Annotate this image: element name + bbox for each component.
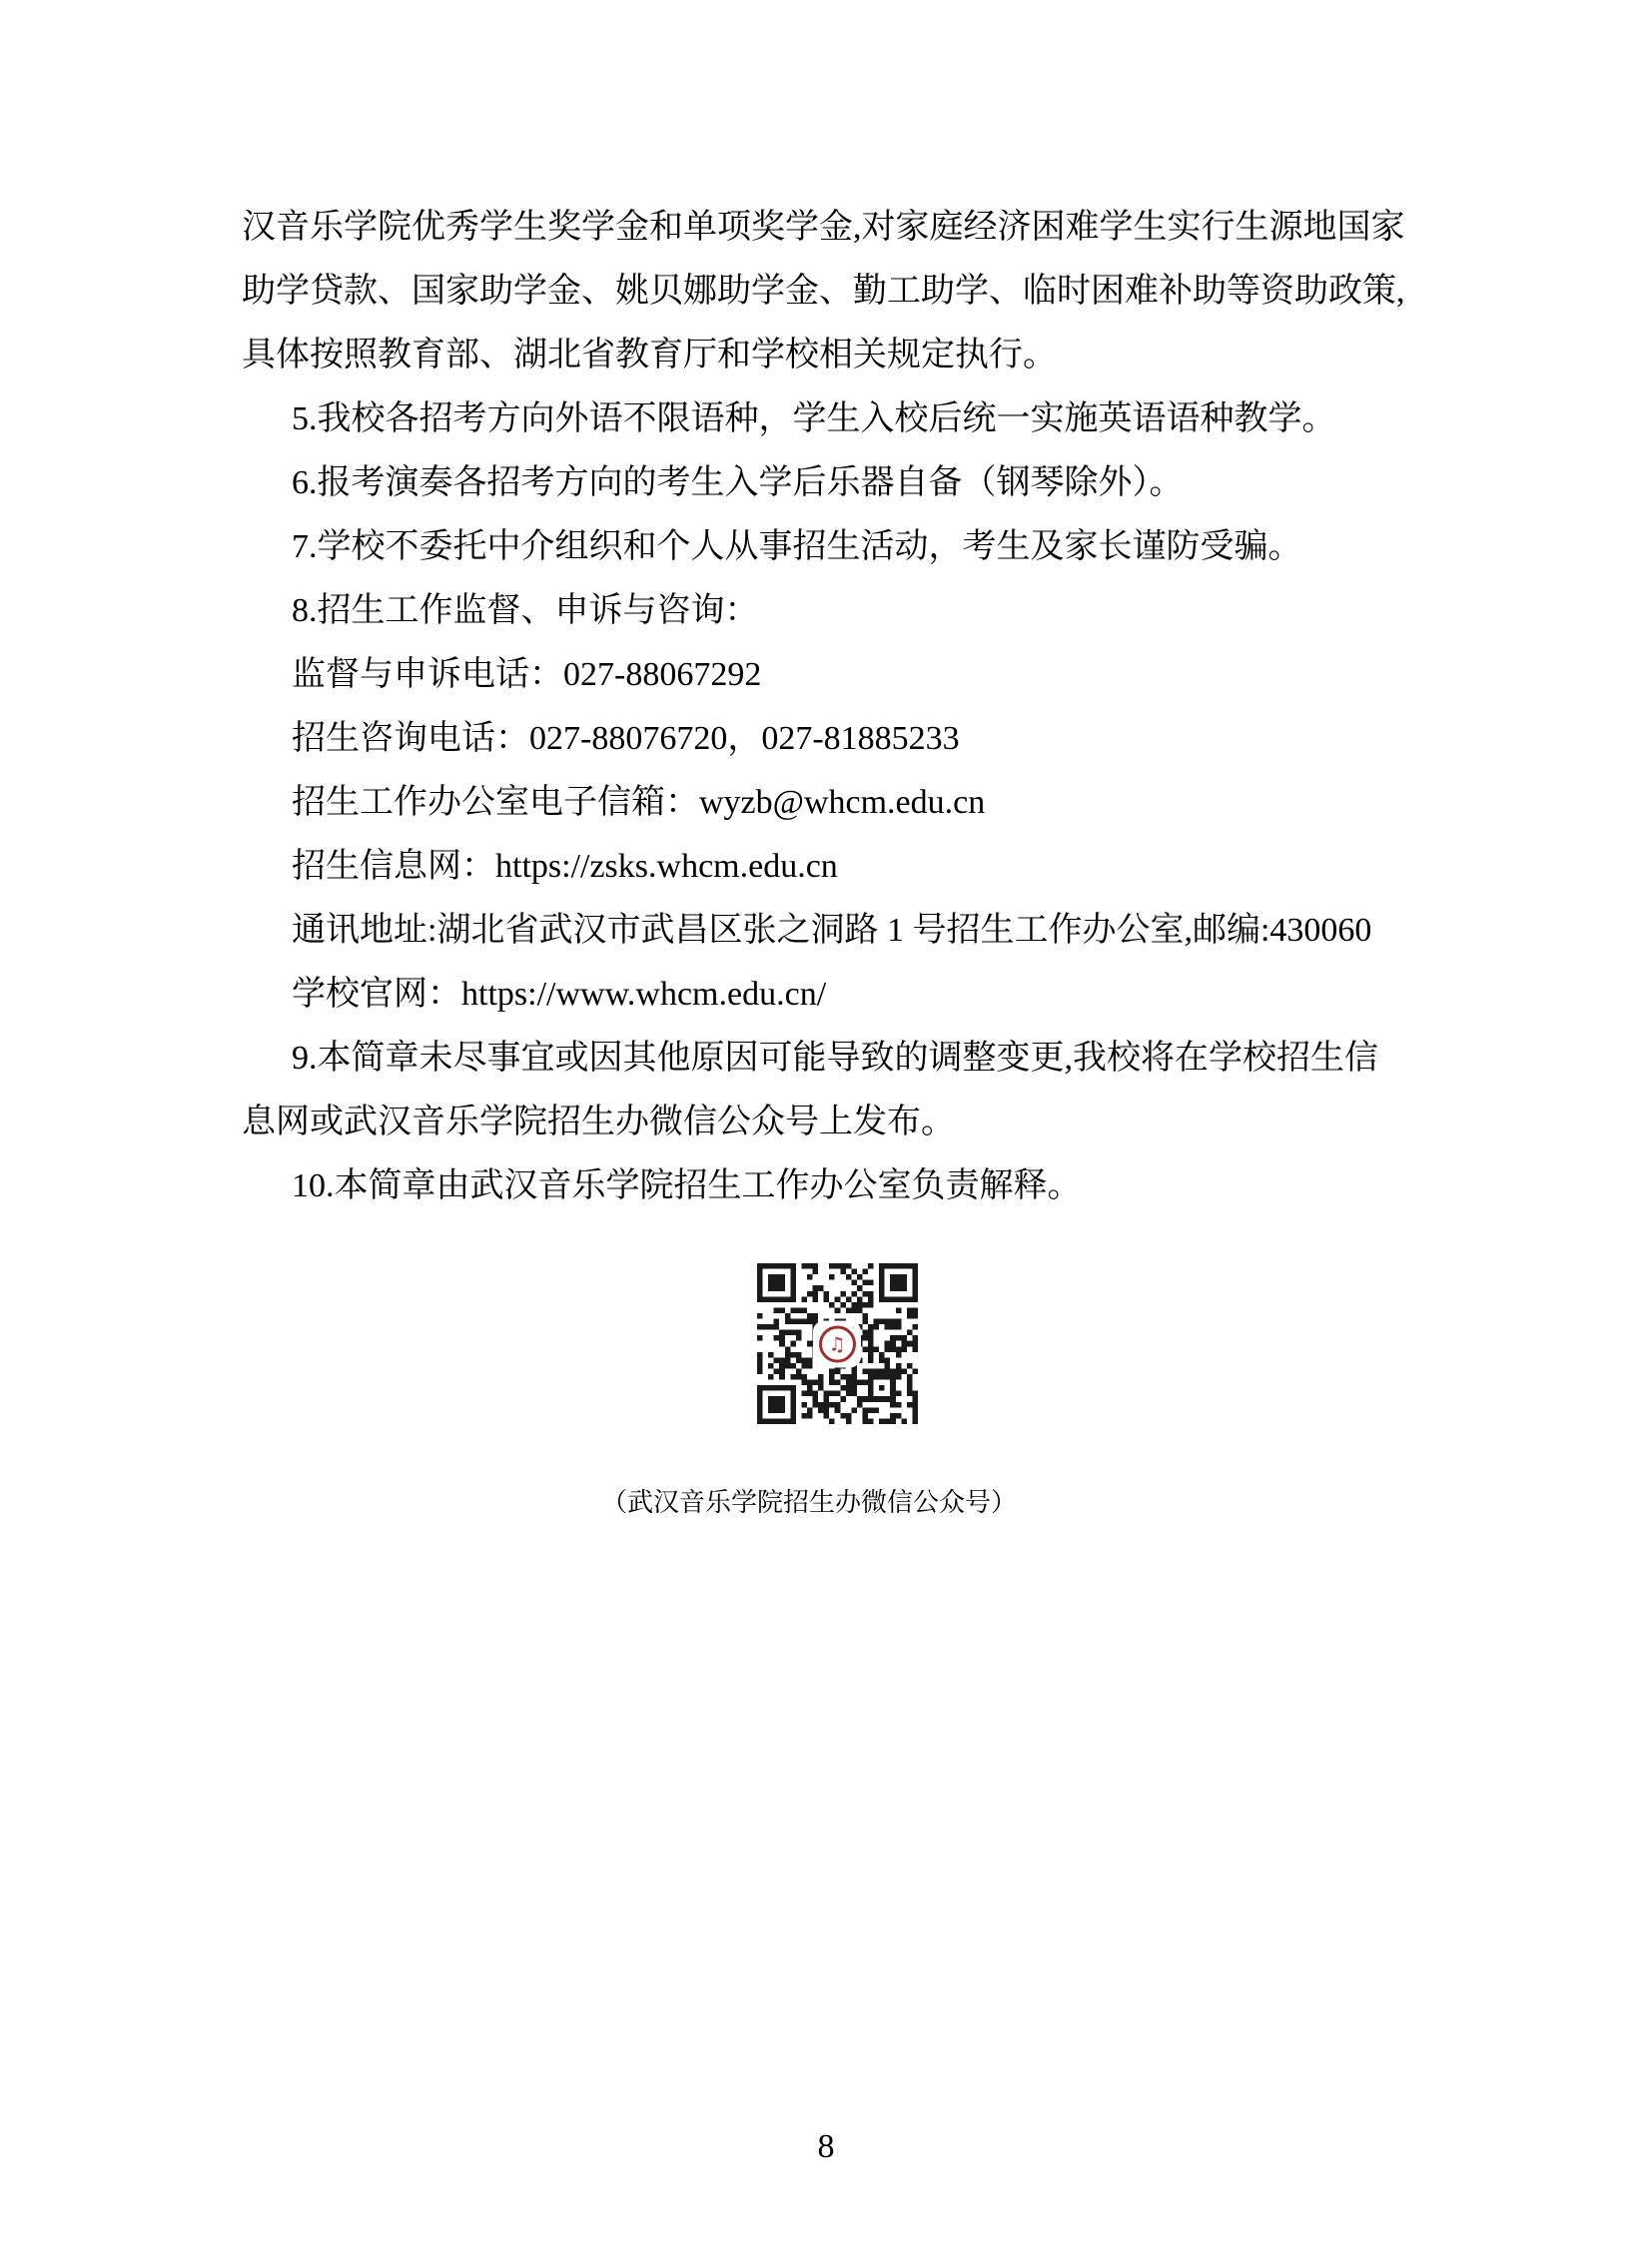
text-line: 监督与申诉电话：027-88067292 [242,643,1410,707]
emblem-circle-icon: ♫ [819,1325,856,1362]
page-sheet: 汉音乐学院优秀学生奖学金和单项奖学金,对家庭经济困难学生实行生源地国家助学贷款、… [0,0,1652,2241]
wechat-qr-figure: ♫ （武汉音乐学院招生办微信公众号） [242,1263,1410,1522]
text-line: 汉音乐学院优秀学生奖学金和单项奖学金,对家庭经济困难学生实行生源地国家 [242,196,1410,260]
text-block: 汉音乐学院优秀学生奖学金和单项奖学金,对家庭经济困难学生实行生源地国家助学贷款、… [242,196,1410,1218]
text-line: 通讯地址:湖北省武汉市武昌区张之洞路 1 号招生工作办公室,邮编:430060 [242,899,1410,963]
music-note-icon: ♫ [828,1335,845,1354]
text-line: 8.招生工作监督、申诉与咨询： [242,579,1410,643]
text-line: 9.本简章未尽事宜或因其他原因可能导致的调整变更,我校将在学校招生信 [242,1027,1410,1091]
text-line: 10.本简章由武汉音乐学院招生工作办公室负责解释。 [242,1154,1410,1218]
text-line: 招生工作办公室电子信箱：wyzb@whcm.edu.cn [242,771,1410,835]
qr-caption: （武汉音乐学院招生办微信公众号） [225,1484,1393,1522]
qr-code: ♫ [757,1263,918,1424]
document-page: { "page": { "number": "8", "background_c… [0,0,1652,2241]
content-area: 汉音乐学院优秀学生奖学金和单项奖学金,对家庭经济困难学生实行生源地国家助学贷款、… [242,196,1410,1522]
text-line: 7.学校不委托中介组织和个人从事招生活动，考生及家长谨防受骗。 [242,515,1410,579]
page-number: 8 [0,2127,1652,2167]
text-line: 招生咨询电话：027-88076720，027-81885233 [242,707,1410,771]
text-line: 助学贷款、国家助学金、姚贝娜助学金、勤工助学、临时困难补助等资助政策, [242,260,1410,324]
text-line: 6.报考演奏各招考方向的考生入学后乐器自备（钢琴除外）。 [242,451,1410,515]
text-line: 5.我校各招考方向外语不限语种，学生入校后统一实施英语语种教学。 [242,387,1410,451]
school-emblem-logo: ♫ [815,1322,859,1365]
text-line: 招生信息网：https://zsks.whcm.edu.cn [242,835,1410,899]
text-line: 学校官网：https://www.whcm.edu.cn/ [242,963,1410,1027]
text-line: 具体按照教育部、湖北省教育厅和学校相关规定执行。 [242,324,1410,387]
text-line: 息网或武汉音乐学院招生办微信公众号上发布。 [242,1091,1410,1154]
